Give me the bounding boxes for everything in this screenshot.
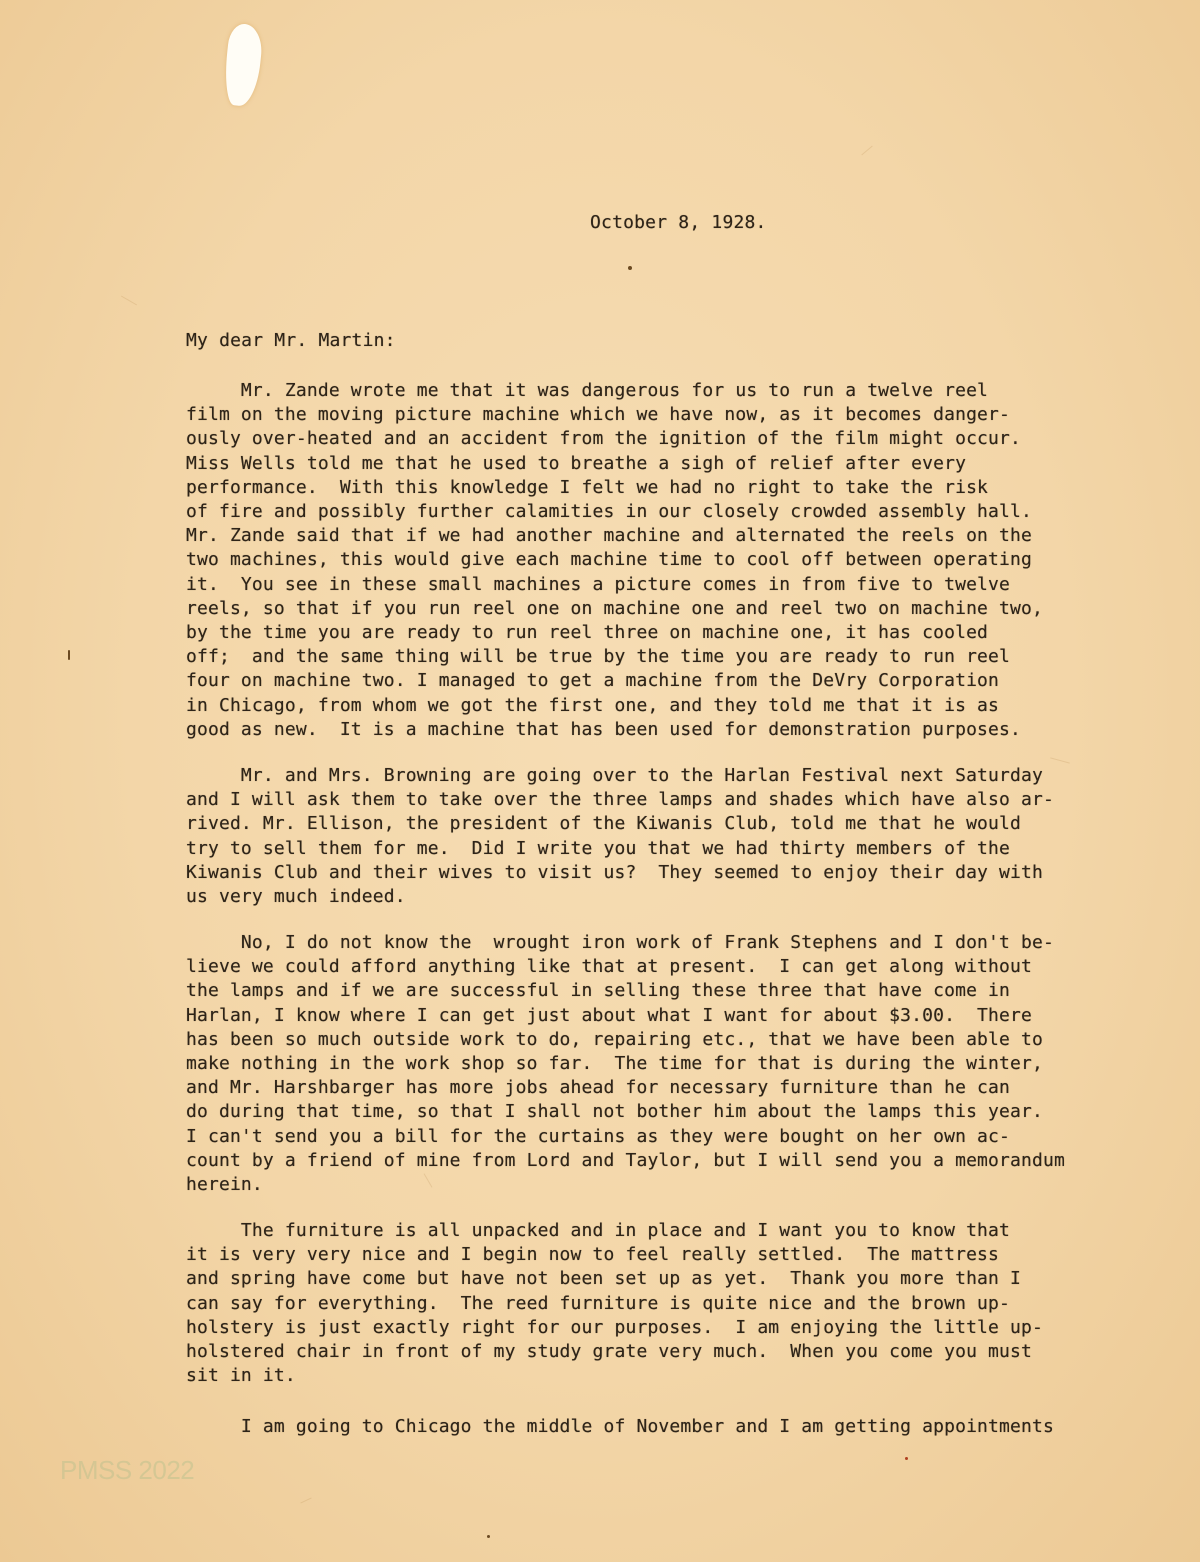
paragraph-browning: Mr. and Mrs. Browning are going over to … — [186, 764, 1054, 909]
letter-salutation: My dear Mr. Martin: — [186, 330, 396, 351]
ink-speck — [905, 1457, 908, 1460]
paragraph-chicago: I am going to Chicago the middle of Nove… — [186, 1415, 1054, 1439]
text-line: Mr. and Mrs. Browning are going over to … — [186, 764, 1054, 788]
text-line: good as new. It is a machine that has be… — [186, 718, 1043, 742]
text-line: Mr. Zande said that if we had another ma… — [186, 524, 1043, 548]
text-line: Harlan, I know where I can get just abou… — [186, 1004, 1065, 1028]
text-line: No, I do not know the wrought iron work … — [186, 931, 1065, 955]
text-line: performance. With this knowledge I felt … — [186, 476, 1043, 500]
ink-speck — [487, 1535, 490, 1538]
text-line: rived. Mr. Ellison, the president of the… — [186, 812, 1054, 836]
text-line: Kiwanis Club and their wives to visit us… — [186, 861, 1054, 885]
text-line: Mr. Zande wrote me that it was dangerous… — [186, 379, 1043, 403]
text-line: it is very very nice and I begin now to … — [186, 1243, 1043, 1267]
ink-speck — [628, 266, 632, 270]
text-line: four on machine two. I managed to get a … — [186, 669, 1043, 693]
text-line: of fire and possibly further calamities … — [186, 500, 1043, 524]
paper-fiber — [121, 296, 137, 306]
text-line: try to sell them for me. Did I write you… — [186, 837, 1054, 861]
text-line: do during that time, so that I shall not… — [186, 1100, 1065, 1124]
text-line: lieve we could afford anything like that… — [186, 955, 1065, 979]
text-line: I can't send you a bill for the curtains… — [186, 1125, 1065, 1149]
text-line: two machines, this would give each machi… — [186, 548, 1043, 572]
text-line: has been so much outside work to do, rep… — [186, 1028, 1065, 1052]
text-line: in Chicago, from whom we got the first o… — [186, 694, 1043, 718]
text-line: reels, so that if you run reel one on ma… — [186, 597, 1043, 621]
paragraph-furniture: The furniture is all unpacked and in pla… — [186, 1219, 1043, 1388]
text-line: count by a friend of mine from Lord and … — [186, 1149, 1065, 1173]
text-line: film on the moving picture machine which… — [186, 403, 1043, 427]
paper-fiber — [300, 1498, 311, 1504]
text-line: The furniture is all unpacked and in pla… — [186, 1219, 1043, 1243]
text-line: holstered chair in front of my study gra… — [186, 1340, 1043, 1364]
paper-hole-damage — [222, 22, 264, 107]
paragraph-ironwork: No, I do not know the wrought iron work … — [186, 931, 1065, 1197]
archive-watermark: PMSS 2022 — [60, 1455, 194, 1486]
text-line: the lamps and if we are successful in se… — [186, 979, 1065, 1003]
text-line: holstery is just exactly right for our p… — [186, 1316, 1043, 1340]
text-line: sit in it. — [186, 1364, 1043, 1388]
text-line: and Mr. Harshbarger has more jobs ahead … — [186, 1076, 1065, 1100]
paragraph-projector: Mr. Zande wrote me that it was dangerous… — [186, 379, 1043, 742]
letter-page: October 8, 1928. My dear Mr. Martin: Mr.… — [0, 0, 1200, 1562]
ink-speck — [68, 650, 70, 660]
text-line: us very much indeed. — [186, 885, 1054, 909]
text-line: and I will ask them to take over the thr… — [186, 788, 1054, 812]
paper-fiber — [1050, 757, 1070, 763]
text-line: make nothing in the work shop so far. Th… — [186, 1052, 1065, 1076]
text-line: and spring have come but have not been s… — [186, 1267, 1043, 1291]
letter-date: October 8, 1928. — [590, 212, 767, 233]
paper-fiber — [861, 146, 872, 156]
text-line: off; and the same thing will be true by … — [186, 645, 1043, 669]
text-line: herein. — [186, 1173, 1065, 1197]
text-line: Miss Wells told me that he used to breat… — [186, 452, 1043, 476]
text-line: by the time you are ready to run reel th… — [186, 621, 1043, 645]
text-line: ously over-heated and an accident from t… — [186, 427, 1043, 451]
text-line: can say for everything. The reed furnitu… — [186, 1292, 1043, 1316]
text-line: I am going to Chicago the middle of Nove… — [186, 1415, 1054, 1439]
text-line: it. You see in these small machines a pi… — [186, 573, 1043, 597]
